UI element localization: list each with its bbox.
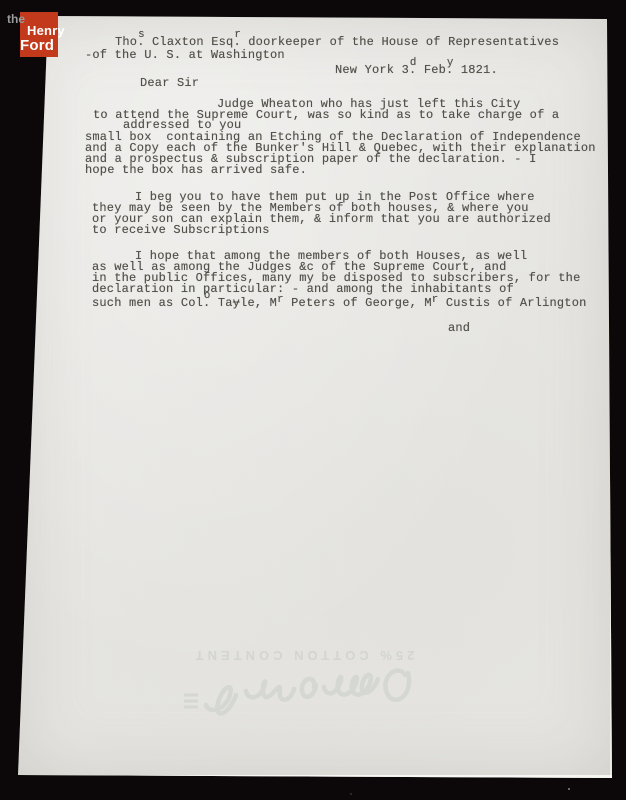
logo-text-henry: Henry [27, 24, 65, 37]
superscript-over-period: o. [203, 298, 210, 309]
superscript-over-period: s. [137, 37, 144, 48]
henry-ford-logo: the Henry Ford [0, 0, 70, 62]
letter-document: Thos. Claxton Esqr. doorkeeper of the Ho… [18, 16, 612, 778]
letter-line: such men as Colo. Taɏle, Mr Peters of Ge… [92, 295, 587, 309]
paper-watermark: 25% COTTON CONTENT [158, 648, 448, 754]
letter-line: -of the U. S. at Washington [85, 50, 285, 61]
superscript-letter: r [432, 295, 439, 306]
archive-photo: Thos. Claxton Esqr. doorkeeper of the Ho… [0, 0, 626, 800]
letter-line: hope the box has arrived safe. [85, 165, 307, 176]
letter-line: Dear Sir [140, 78, 199, 89]
dust-speck [568, 788, 570, 790]
dust-speck [350, 793, 352, 795]
logo-text-ford: Ford [20, 38, 54, 53]
superscript-letter: r [277, 295, 284, 306]
letter-line: and [448, 323, 470, 334]
superscript-over-period: y. [446, 65, 453, 76]
letter-line: Thos. Claxton Esqr. doorkeeper of the Ho… [115, 37, 559, 48]
watermark-cotton-text: 25% COTTON CONTENT [192, 648, 415, 663]
letter-line: to receive Subscriptions [92, 225, 270, 236]
watermark-script-icon [178, 657, 428, 723]
letter-line: New York 3d. Feby. 1821. [335, 65, 498, 76]
letter-line: declaration in particular: - and among t… [92, 284, 514, 295]
logo-text-the: the [7, 13, 25, 25]
superscript-over-period: r. [233, 37, 240, 48]
superscript-over-period: d. [409, 65, 416, 76]
